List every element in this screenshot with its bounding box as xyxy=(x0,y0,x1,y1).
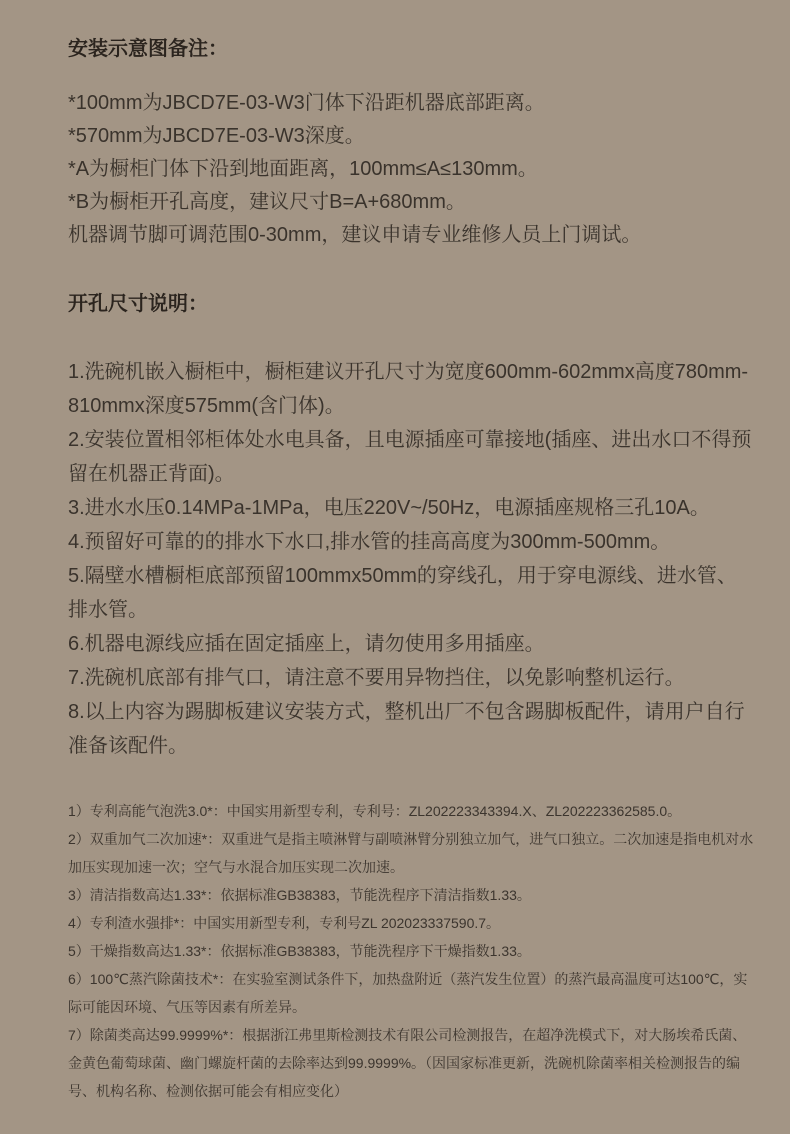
install-notes-section: *100mm为JBCD7E-03-W3门体下沿距机器底部距离。 *570mm为J… xyxy=(68,87,754,252)
opening-size-item: 2.安装位置相邻柜体处水电具备，且电源插座可靠接地(插座、进出水口不得预留在机器… xyxy=(68,423,754,491)
opening-size-item: 4.预留好可靠的的排水下水口,排水管的挂高高度为300mm-500mm。 xyxy=(68,525,754,559)
footnotes-section: 1）专利高能气泡洗3.0*：中国实用新型专利，专利号：ZL20222334339… xyxy=(68,797,754,1105)
opening-size-item: 6.机器电源线应插在固定插座上，请勿使用多用插座。 xyxy=(68,627,754,661)
install-note-line: *100mm为JBCD7E-03-W3门体下沿距机器底部距离。 xyxy=(68,87,754,120)
opening-size-section: 1.洗碗机嵌入橱柜中，橱柜建议开孔尺寸为宽度600mm-602mmx高度780m… xyxy=(68,355,754,763)
opening-size-heading: 开孔尺寸说明： xyxy=(68,288,754,321)
opening-size-item: 3.进水水压0.14MPa-1MPa，电压220V~/50Hz，电源插座规格三孔… xyxy=(68,491,754,525)
install-note-line: *570mm为JBCD7E-03-W3深度。 xyxy=(68,120,754,153)
footnote: 6）100℃蒸汽除菌技术*：在实验室测试条件下，加热盘附近（蒸汽发生位置）的蒸汽… xyxy=(68,965,754,1021)
install-note-line: *A为橱柜门体下沿到地面距离，100mm≤A≤130mm。 xyxy=(68,153,754,186)
install-note-line: 机器调节脚可调范围0-30mm，建议申请专业维修人员上门调试。 xyxy=(68,219,754,252)
installation-notes-page: 安装示意图备注： *100mm为JBCD7E-03-W3门体下沿距机器底部距离。… xyxy=(0,0,790,1134)
footnote: 5）干燥指数高达1.33*：依据标准GB38383，节能洗程序下干燥指数1.33… xyxy=(68,937,754,965)
install-note-line: *B为橱柜开孔高度，建议尺寸B=A+680mm。 xyxy=(68,186,754,219)
footnote: 4）专利渣水强排*：中国实用新型专利，专利号ZL 202023337590.7。 xyxy=(68,909,754,937)
opening-size-item: 1.洗碗机嵌入橱柜中，橱柜建议开孔尺寸为宽度600mm-602mmx高度780m… xyxy=(68,355,754,423)
footnote: 3）清洁指数高达1.33*：依据标准GB38383，节能洗程序下清洁指数1.33… xyxy=(68,881,754,909)
opening-size-item: 5.隔壁水槽橱柜底部预留100mmx50mm的穿线孔，用于穿电源线、进水管、排水… xyxy=(68,559,754,627)
opening-size-item: 8.以上内容为踢脚板建议安装方式，整机出厂不包含踢脚板配件，请用户自行准备该配件… xyxy=(68,695,754,763)
footnote: 2）双重加气二次加速*：双重进气是指主喷淋臂与副喷淋臂分别独立加气，进气口独立。… xyxy=(68,825,754,881)
install-notes-heading: 安装示意图备注： xyxy=(68,33,754,66)
opening-size-item: 7.洗碗机底部有排气口，请注意不要用异物挡住，以免影响整机运行。 xyxy=(68,661,754,695)
footnote: 7）除菌类高达99.9999%*：根据浙江弗里斯检测技术有限公司检测报告，在超净… xyxy=(68,1021,754,1105)
footnote: 1）专利高能气泡洗3.0*：中国实用新型专利，专利号：ZL20222334339… xyxy=(68,797,754,825)
